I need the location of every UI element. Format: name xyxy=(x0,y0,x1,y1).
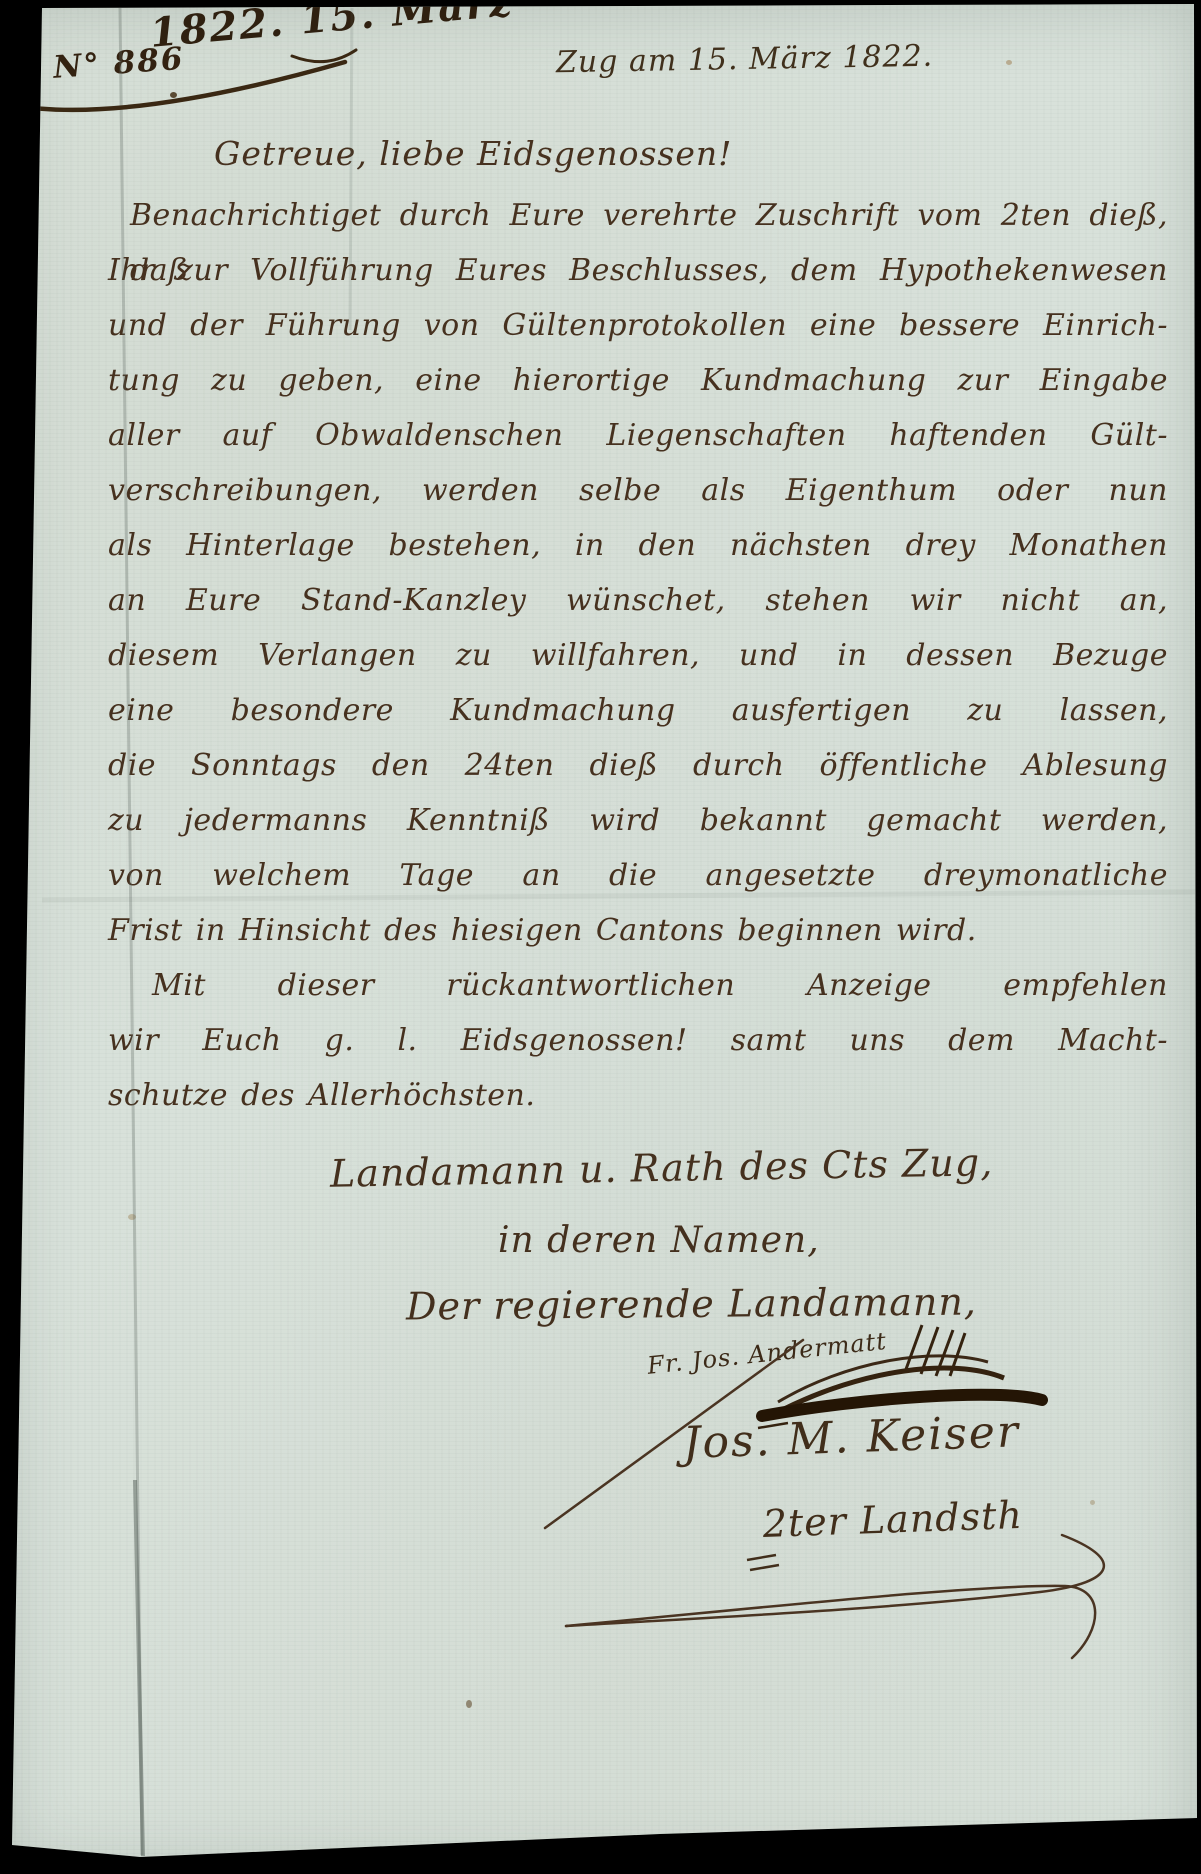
body-line: und der Führung von Gültenprotokollen ei… xyxy=(108,298,1168,353)
archival-date-note: 1822. 15. März xyxy=(148,0,515,57)
closing-authority: Landamann u. Rath des Cts Zug, xyxy=(330,1140,994,1196)
body-line: wir Euch g. l. Eidsgenossen! samt uns de… xyxy=(108,1013,1168,1068)
signature-crossed-out: Fr. Jos. Andermatt xyxy=(646,1327,888,1380)
body-line: Mit dieser rückantwortlichen Anzeige emp… xyxy=(108,958,1168,1013)
signature-paraph xyxy=(566,1586,1095,1658)
foxing-speck xyxy=(170,92,177,98)
body-line: schutze des Allerhöchsten. xyxy=(108,1068,1168,1123)
letter-body: Benachrichtiget durch Eure verehrte Zusc… xyxy=(108,188,1168,1123)
foxing-speck xyxy=(128,1214,136,1220)
closing-function: Der regierende Landamann, xyxy=(406,1280,977,1329)
dateline: Zug am 15. März 1822. xyxy=(556,39,934,81)
letter-page: 1822. 15. März N° 886 Zug am 15. März 18… xyxy=(0,0,1201,1874)
signature-name: Jos. M. Keiser xyxy=(682,1406,1021,1469)
body-line: von welchem Tage an die angesetzte dreym… xyxy=(108,848,1168,903)
signature-scribble xyxy=(905,1325,965,1376)
body-line: die Sonntags den 24ten dieß durch öffent… xyxy=(108,738,1168,793)
document-number: N° 886 xyxy=(52,41,186,86)
signature-title: 2ter Landsth xyxy=(762,1493,1024,1546)
body-line: an Eure Stand-Kanzley wünschet, stehen w… xyxy=(108,573,1168,628)
salutation: Getreue, liebe Eidsgenossen! xyxy=(214,134,732,173)
body-line: aller auf Obwaldenschen Liegenschaften h… xyxy=(108,408,1168,463)
signature-paraph xyxy=(566,1535,1104,1626)
body-line: verschreibungen, werden selbe als Eigent… xyxy=(108,463,1168,518)
body-line: Ihr zur Vollführung Eures Beschlusses, d… xyxy=(108,243,1168,298)
body-line: eine besondere Kundmachung ausfertigen z… xyxy=(108,683,1168,738)
foxing-speck xyxy=(1090,1500,1095,1505)
archival-note-tail xyxy=(292,50,356,62)
scan-background: 1822. 15. März N° 886 Zug am 15. März 18… xyxy=(0,0,1201,1874)
body-line: Benachrichtiget durch Eure verehrte Zusc… xyxy=(108,188,1168,243)
body-line: tung zu geben, eine hierortige Kundmachu… xyxy=(108,353,1168,408)
body-line: diesem Verlangen zu willfahren, und in d… xyxy=(108,628,1168,683)
title-double-underline xyxy=(747,1555,779,1570)
fold-line-vertical-dark-segment xyxy=(135,1480,143,1856)
foxing-speck xyxy=(1006,60,1012,65)
signature-scribble xyxy=(782,1368,1004,1410)
body-line: zu jedermanns Kenntniß wird bekannt gema… xyxy=(108,793,1168,848)
closing-in-whose-name: in deren Namen, xyxy=(498,1220,820,1261)
foxing-speck xyxy=(466,1700,472,1708)
body-line: als Hinterlage bestehen, in den nächsten… xyxy=(108,518,1168,573)
body-line: Frist in Hinsicht des hiesigen Cantons b… xyxy=(108,903,1168,958)
